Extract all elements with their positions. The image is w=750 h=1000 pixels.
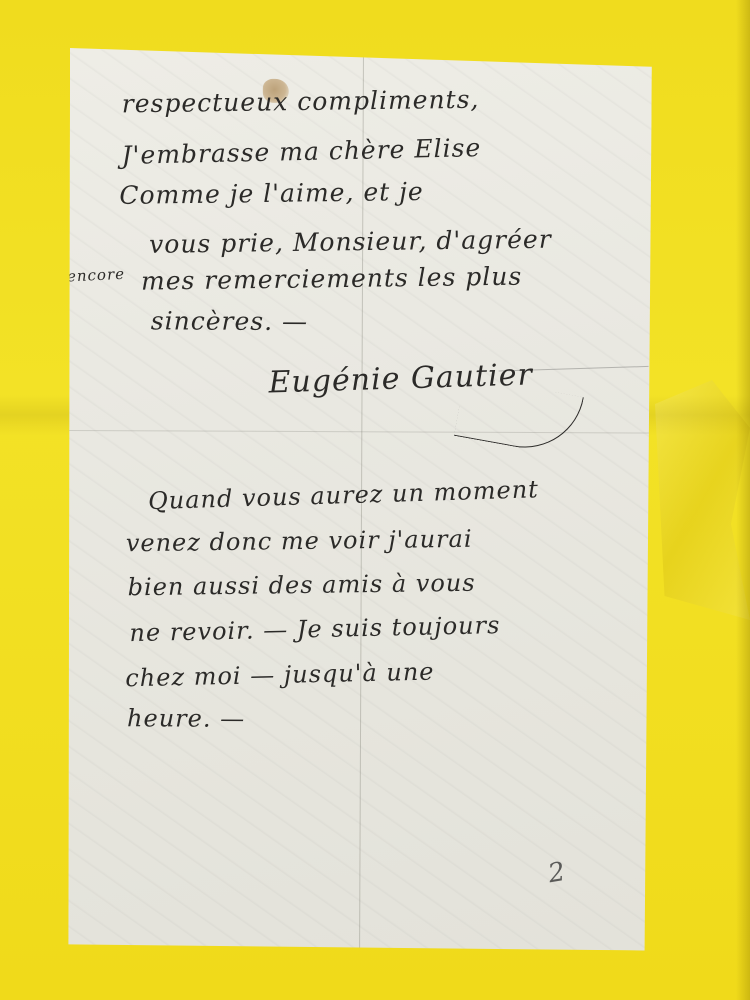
postscript-line-3: bien aussi des amis à vous [127,569,475,602]
postscript-line-4: ne revoir. — Je suis toujours [129,611,500,647]
page-number-mark: 2 [546,857,567,889]
letter-line-4: vous prie, Monsieur, d'agréer [149,225,552,259]
margin-note: encore [67,265,126,286]
letter-sheet: respectueux compliments, J'embrasse ma c… [66,48,652,951]
postscript-line-1: Quand vous aurez un moment [148,475,540,515]
letter-line-2: J'embrasse ma chère Elise [121,133,481,170]
postscript-line-2: venez donc me voir j'aurai [126,525,473,558]
background-edge-shadow [736,0,750,1000]
postscript-line-6: heure. — [127,704,245,733]
letter-line-3: Comme je l'aime, et je [119,177,424,210]
letter-line-1: respectueux compliments, [122,85,480,119]
letter-line-5: mes remerciements les plus [141,262,523,296]
letter-line-6: sincères. — [151,306,308,336]
postscript-line-5: chez moi — jusqu'à une [125,658,435,693]
signature-flourish [454,376,584,458]
